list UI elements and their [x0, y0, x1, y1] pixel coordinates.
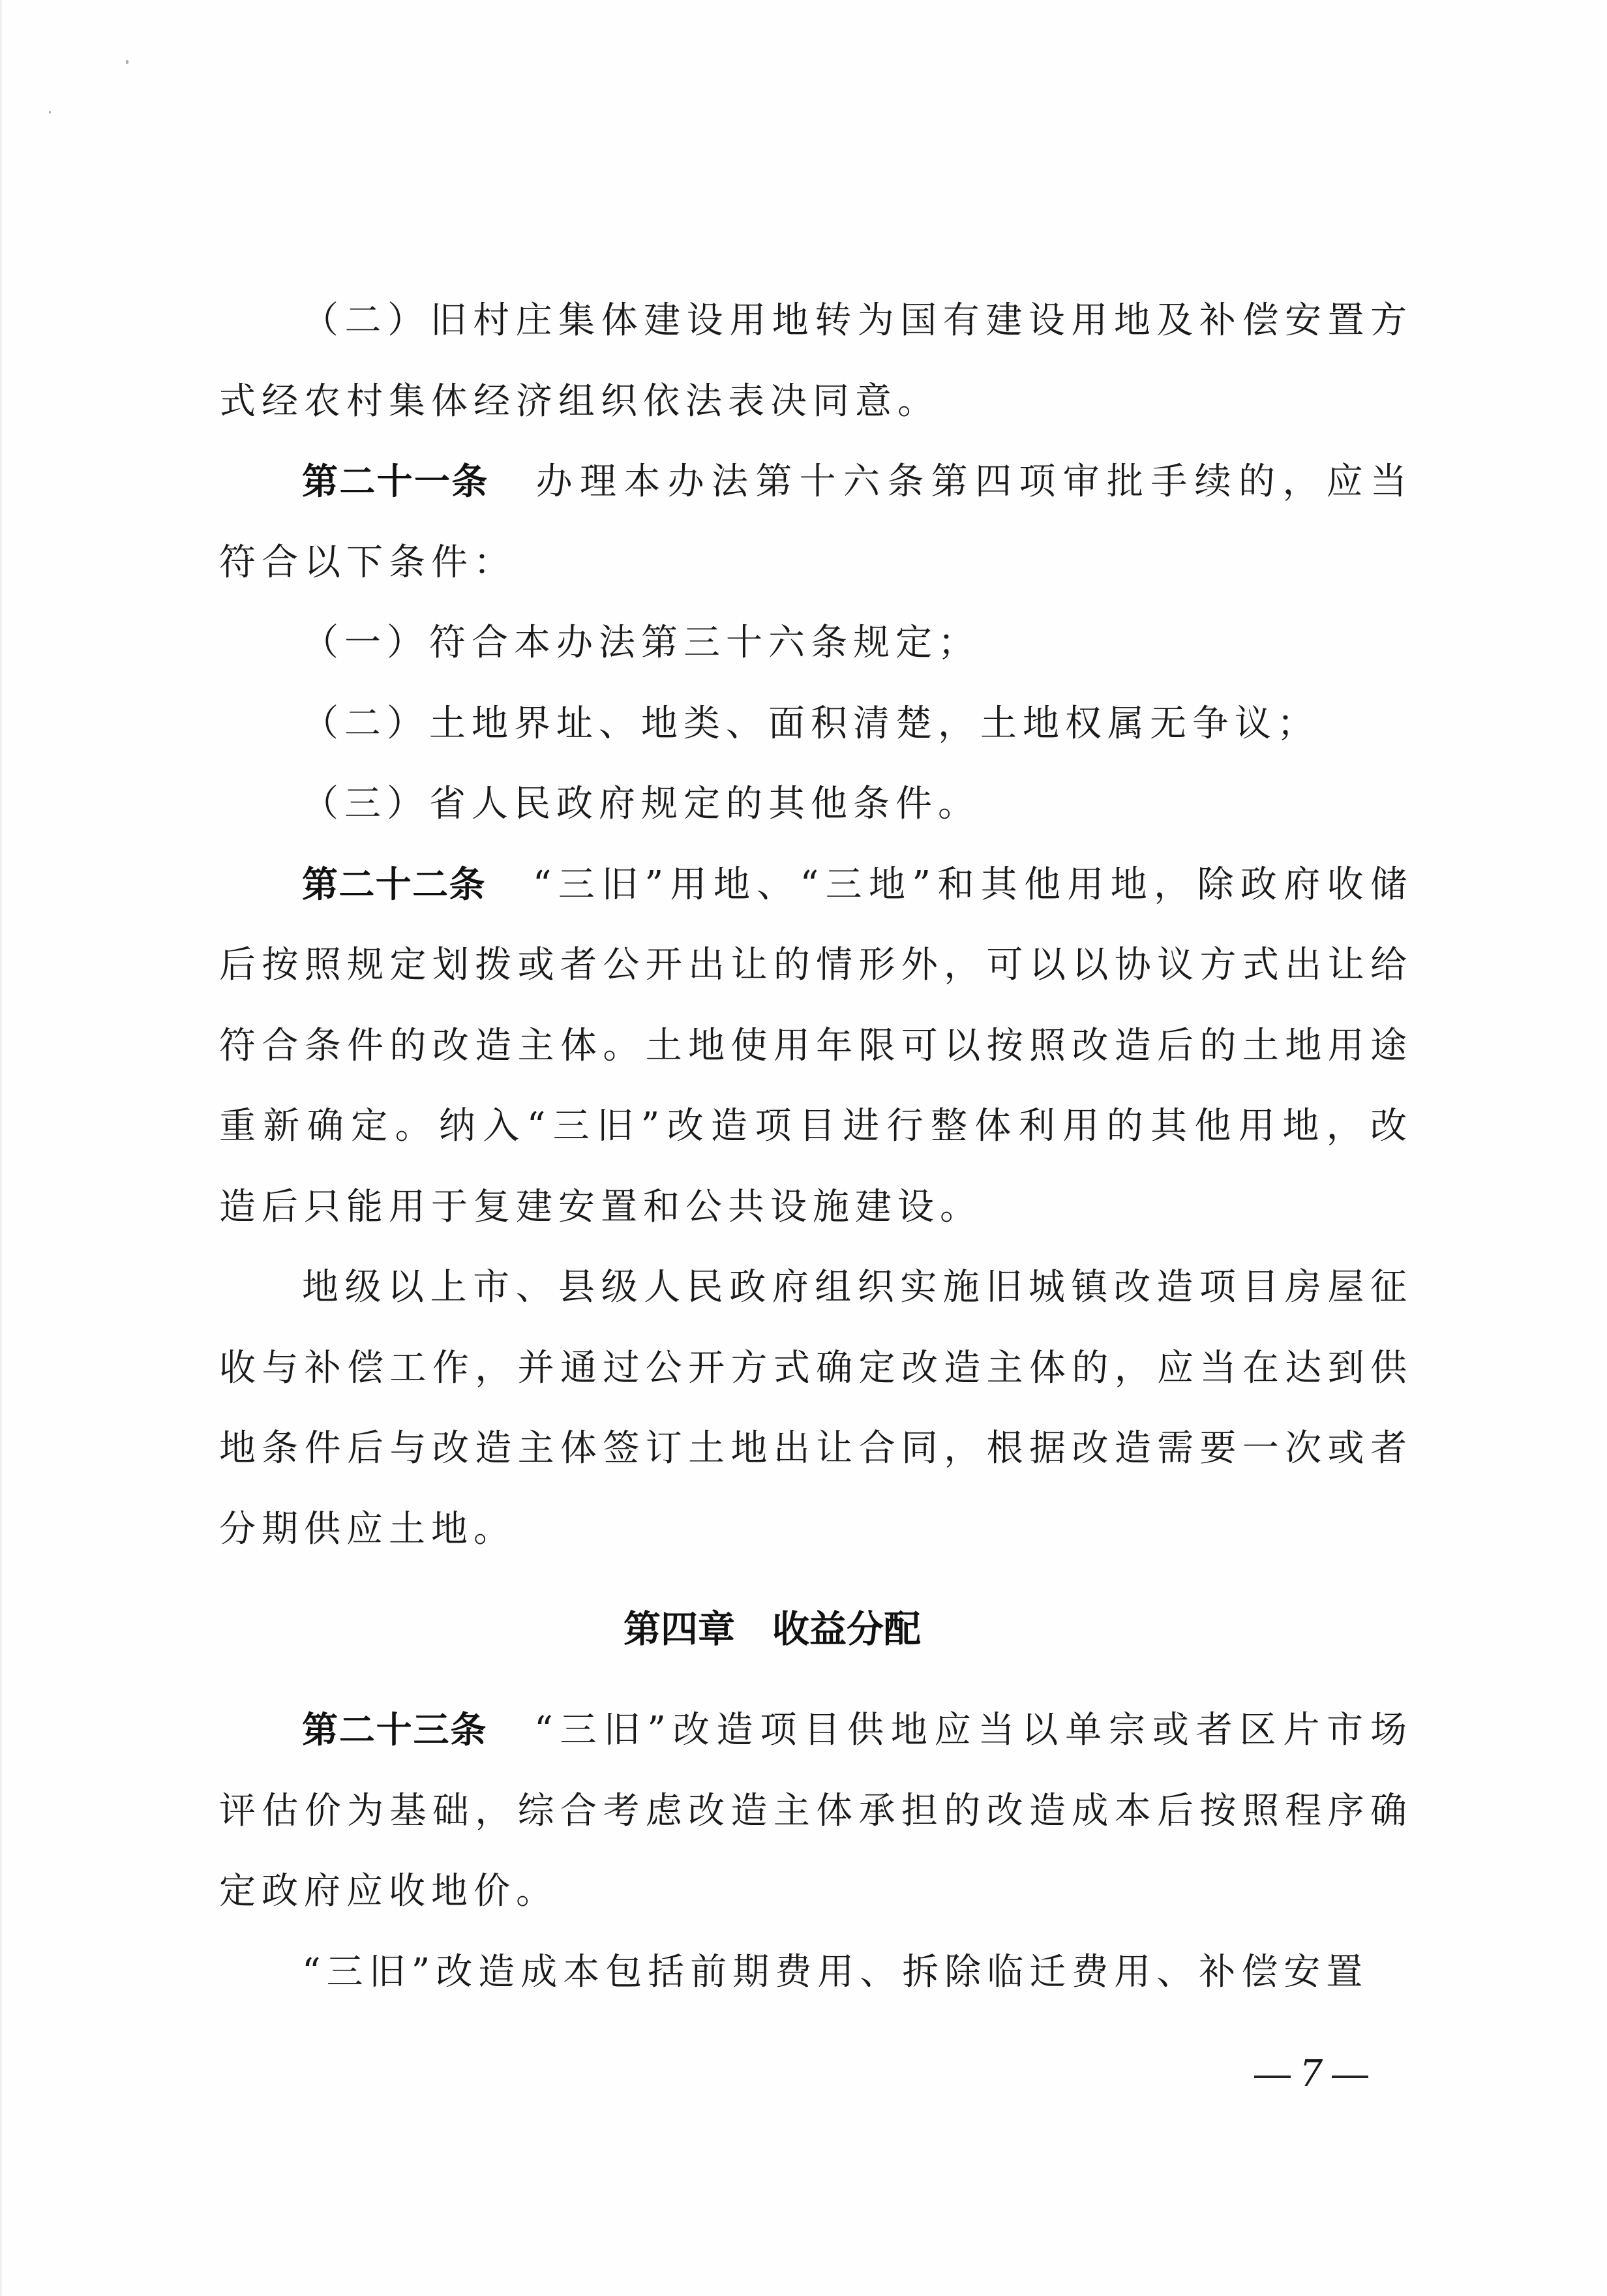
paragraph-text: 地级以上市、县级人民政府组织实施旧城镇改造项目房屋征收与补偿工作，并通过公开方式…: [219, 1266, 1413, 1550]
page-number-dash-right: [1332, 2076, 1368, 2078]
article-text: “三旧”用地、“三地”和其他用地，除政府收储后按照规定划拨或者公开出让的情形外，…: [219, 864, 1413, 1228]
article-22: 第二十二条“三旧”用地、“三地”和其他用地，除政府收储后按照规定划拨或者公开出让…: [219, 845, 1413, 1248]
list-item-text: （一）符合本办法第三十六条规定；: [302, 622, 980, 664]
paragraph-item-2-continued: （二）旧村庄集体建设用地转为国有建设用地及补偿安置方式经农村集体经济组织依法表决…: [219, 280, 1413, 442]
paragraph-text: “三旧”改造成本包括前期费用、拆除临迁费用、补偿安置: [302, 1951, 1368, 1993]
article-label: 第二十二条: [302, 864, 486, 905]
article-21: 第二十一条办理本办法第十六条第四项审批手续的，应当符合以下条件：: [219, 442, 1413, 603]
document-page: （二）旧村庄集体建设用地转为国有建设用地及补偿安置方式经农村集体经济组织依法表决…: [0, 0, 1607, 2296]
scan-speck: [49, 111, 51, 113]
list-item-text: （二）土地界址、地类、面积清楚，土地权属无争议；: [302, 702, 1319, 745]
list-item-1: （一）符合本办法第三十六条规定；: [219, 603, 1413, 684]
article-23: 第二十三条“三旧”改造项目供地应当以单宗或者区片市场评估价为基础，综合考虑改造主…: [219, 1690, 1413, 1932]
page-number: 7: [1241, 2055, 1381, 2094]
page-number-dash-left: [1254, 2076, 1291, 2078]
document-body: （二）旧村庄集体建设用地转为国有建设用地及补偿安置方式经农村集体经济组织依法表决…: [219, 280, 1413, 2012]
chapter-title: 收益分配: [772, 1607, 921, 1651]
list-item-2: （二）土地界址、地类、面积清楚，土地权属无争议；: [219, 684, 1413, 764]
chapter-number: 第四章: [623, 1607, 735, 1651]
article-label: 第二十一条: [302, 461, 489, 502]
list-item-3: （三）省人民政府规定的其他条件。: [219, 764, 1413, 845]
scan-speck: [126, 60, 128, 64]
page-number-value: 7: [1300, 2053, 1323, 2095]
list-item-text: （三）省人民政府规定的其他条件。: [302, 783, 980, 825]
chapter-heading: 第四章收益分配: [219, 1569, 1413, 1690]
article-23-paragraph-2: “三旧”改造成本包括前期费用、拆除临迁费用、补偿安置: [219, 1932, 1413, 2013]
article-22-paragraph-2: 地级以上市、县级人民政府组织实施旧城镇改造项目房屋征收与补偿工作，并通过公开方式…: [219, 1247, 1413, 1569]
article-label: 第二十三条: [302, 1709, 487, 1751]
paragraph-text: （二）旧村庄集体建设用地转为国有建设用地及补偿安置方式经农村集体经济组织依法表决…: [219, 299, 1413, 423]
